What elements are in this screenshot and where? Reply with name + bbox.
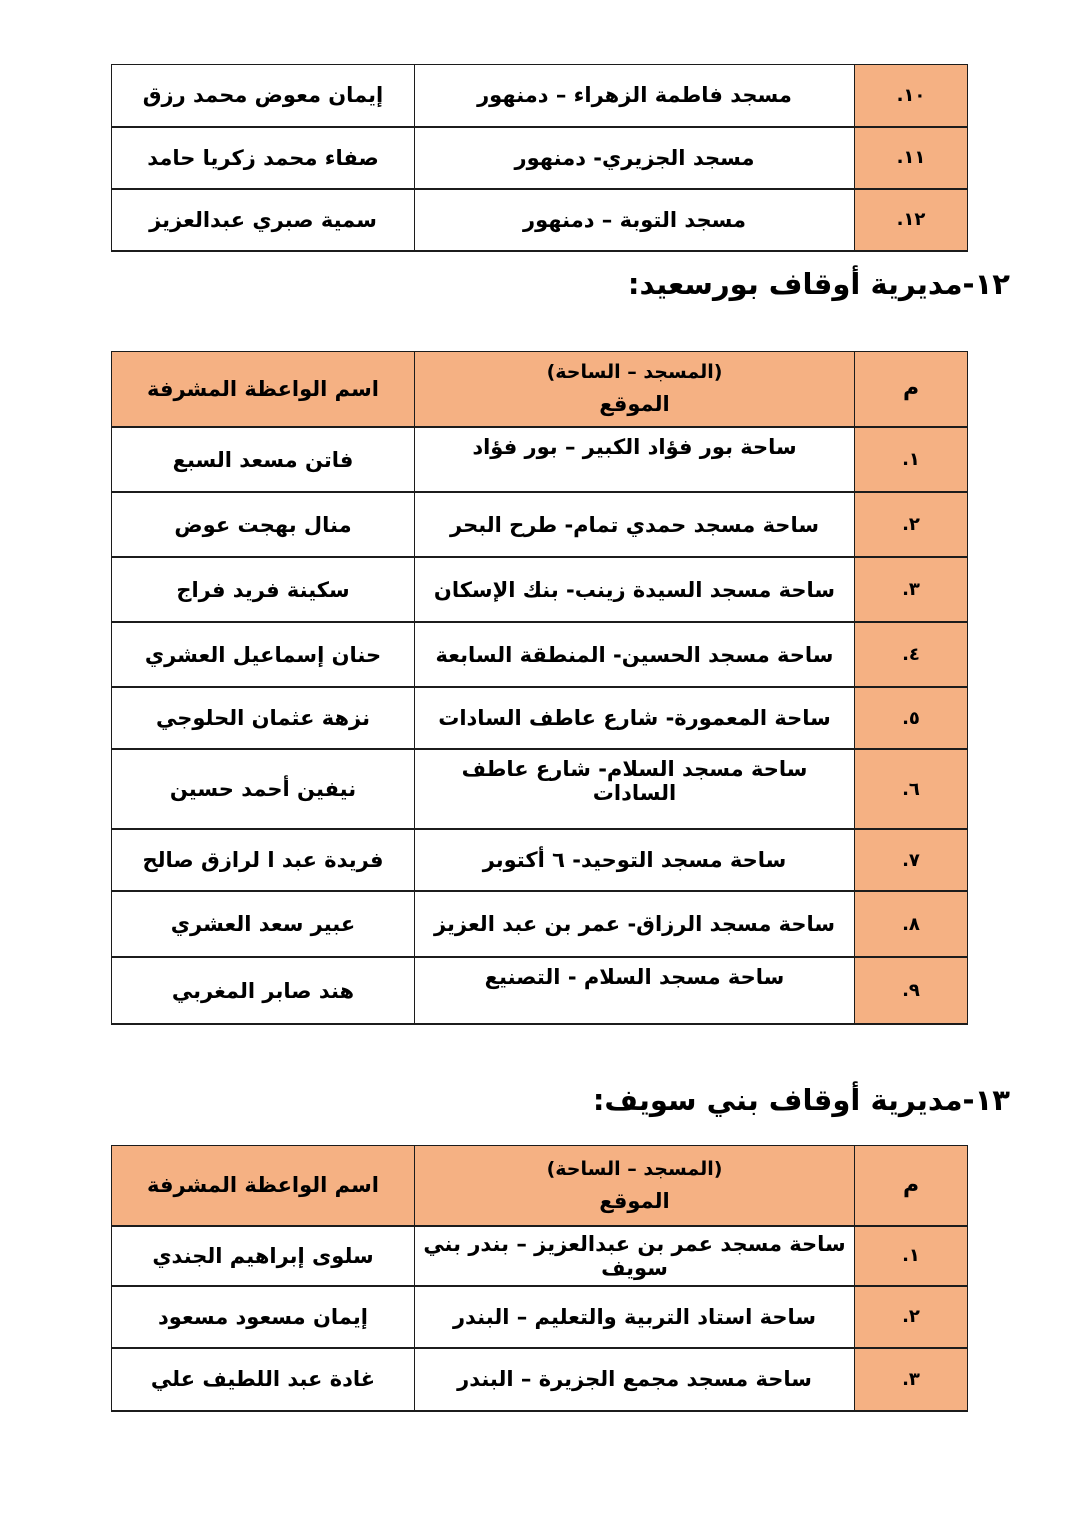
name-cell: فريدة عبد ا لرازق صالح	[112, 829, 415, 891]
serial-cell: .١٠	[855, 65, 968, 127]
name-cell: سلوى إبراهيم الجندي	[112, 1226, 415, 1286]
table-header-row: م (المسجد – الساحة) الموقع اسم الواعظة ا…	[112, 351, 968, 427]
table-row: .٧ ساحة مسجد التوحيد- ٦ أكتوبر فريدة عبد…	[112, 829, 968, 891]
table-row: .٣ ساحة مسجد السيدة زينب- بنك الإسكان سك…	[112, 557, 968, 622]
name-cell: إيمان معوض محمد رزق	[112, 65, 415, 127]
header-serial-col: م	[855, 351, 968, 427]
header-location-col: (المسجد – الساحة) الموقع	[415, 351, 855, 427]
header-name-col: اسم الواعظة المشرفة	[112, 351, 415, 427]
table-row: .١٢ مسجد التوبة – دمنهور سمية صبري عبدال…	[112, 189, 968, 251]
serial-cell: .٤	[855, 622, 968, 687]
name-cell: حنان إسماعيل العشري	[112, 622, 415, 687]
location-cell: ساحة مسجد التوحيد- ٦ أكتوبر	[415, 829, 855, 891]
table-row: .٢ ساحة استاد التربية والتعليم – البندر …	[112, 1286, 968, 1348]
serial-cell: .١٢	[855, 189, 968, 251]
table-row: .١ ساحة بور فؤاد الكبير – بور فؤاد فاتن …	[112, 427, 968, 492]
location-cell: ساحة مسجد السيدة زينب- بنك الإسكان	[415, 557, 855, 622]
serial-cell: .٣	[855, 1348, 968, 1411]
table-row: .٩ ساحة مسجد السلام - التصنيع هند صابر ا…	[112, 957, 968, 1024]
name-cell: إيمان مسعود مسعود	[112, 1286, 415, 1348]
name-cell: سكينة فريد فراج	[112, 557, 415, 622]
location-cell: مسجد التوبة – دمنهور	[415, 189, 855, 251]
location-cell: ساحة مسجد الرزاق- عمر بن عبد العزيز	[415, 891, 855, 957]
name-cell: فاتن مسعد السبع	[112, 427, 415, 492]
serial-cell: .٢	[855, 1286, 968, 1348]
table-header-row: م (المسجد – الساحة) الموقع اسم الواعظة ا…	[112, 1146, 968, 1226]
header-location-line2: الموقع	[421, 392, 848, 416]
table-row: .٤ ساحة مسجد الحسين- المنطقة السابعة حنا…	[112, 622, 968, 687]
table-row: .٢ ساحة مسجد حمدي تمام- طرح البحر منال ب…	[112, 492, 968, 557]
serial-cell: .٩	[855, 957, 968, 1024]
serial-cell: .٣	[855, 557, 968, 622]
benisuef-table: م (المسجد – الساحة) الموقع اسم الواعظة ا…	[111, 1145, 968, 1412]
location-cell: ساحة مسجد عمر بن عبدالعزيز – بندر بني سو…	[415, 1226, 855, 1286]
header-location-line1: (المسجد – الساحة)	[421, 1158, 848, 1180]
location-cell: ساحة مسجد السلام - التصنيع	[415, 957, 855, 1024]
serial-cell: .٢	[855, 492, 968, 557]
page-root: .١٠ مسجد فاطمة الزهراء – دمنهور إيمان مع…	[0, 0, 1080, 1527]
table-row: .٦ ساحة مسجد السلام- شارع عاطف السادات ن…	[112, 749, 968, 829]
header-name-col: اسم الواعظة المشرفة	[112, 1146, 415, 1226]
serial-cell: .١	[855, 1226, 968, 1286]
serial-cell: .١١	[855, 127, 968, 189]
location-cell: مسجد الجزيري- دمنهور	[415, 127, 855, 189]
location-cell: ساحة استاد التربية والتعليم – البندر	[415, 1286, 855, 1348]
section-heading-portsaid: ١٢-مديرية أوقاف بورسعيد:	[0, 261, 1010, 307]
header-location-col: (المسجد – الساحة) الموقع	[415, 1146, 855, 1226]
location-cell: ساحة مسجد السلام- شارع عاطف السادات	[415, 749, 855, 829]
section-heading-benisuef: ١٣-مديرية أوقاف بني سويف:	[0, 1077, 1010, 1123]
table-row: .١١ مسجد الجزيري- دمنهور صفاء محمد زكريا…	[112, 127, 968, 189]
name-cell: نزهة عثمان الحلوجي	[112, 687, 415, 749]
table-row: .١ ساحة مسجد عمر بن عبدالعزيز – بندر بني…	[112, 1226, 968, 1286]
header-serial-col: م	[855, 1146, 968, 1226]
name-cell: عبير سعد العشري	[112, 891, 415, 957]
serial-cell: .٦	[855, 749, 968, 829]
name-cell: غادة عبد اللطيف علي	[112, 1348, 415, 1411]
location-cell: ساحة مسجد الحسين- المنطقة السابعة	[415, 622, 855, 687]
name-cell: هند صابر المغربي	[112, 957, 415, 1024]
location-cell: ساحة المعمورة- شارع عاطف السادات	[415, 687, 855, 749]
table-row: .٨ ساحة مسجد الرزاق- عمر بن عبد العزيز ع…	[112, 891, 968, 957]
location-cell: مسجد فاطمة الزهراء – دمنهور	[415, 65, 855, 127]
location-cell: ساحة بور فؤاد الكبير – بور فؤاد	[415, 427, 855, 492]
serial-cell: .٥	[855, 687, 968, 749]
table-row: .١٠ مسجد فاطمة الزهراء – دمنهور إيمان مع…	[112, 65, 968, 127]
table-row: .٥ ساحة المعمورة- شارع عاطف السادات نزهة…	[112, 687, 968, 749]
location-cell: ساحة مسجد مجمع الجزيرة – البندر	[415, 1348, 855, 1411]
serial-cell: .٨	[855, 891, 968, 957]
serial-cell: .٧	[855, 829, 968, 891]
portsaid-table: م (المسجد – الساحة) الموقع اسم الواعظة ا…	[111, 351, 968, 1026]
name-cell: صفاء محمد زكريا حامد	[112, 127, 415, 189]
name-cell: سمية صبري عبدالعزيز	[112, 189, 415, 251]
continued-table-damanhour: .١٠ مسجد فاطمة الزهراء – دمنهور إيمان مع…	[111, 64, 968, 252]
table-row: .٣ ساحة مسجد مجمع الجزيرة – البندر غادة …	[112, 1348, 968, 1411]
header-location-line2: الموقع	[421, 1189, 848, 1213]
header-location-line1: (المسجد – الساحة)	[421, 361, 848, 383]
serial-cell: .١	[855, 427, 968, 492]
name-cell: نيفين أحمد حسين	[112, 749, 415, 829]
name-cell: منال بهجت عوض	[112, 492, 415, 557]
location-cell: ساحة مسجد حمدي تمام- طرح البحر	[415, 492, 855, 557]
